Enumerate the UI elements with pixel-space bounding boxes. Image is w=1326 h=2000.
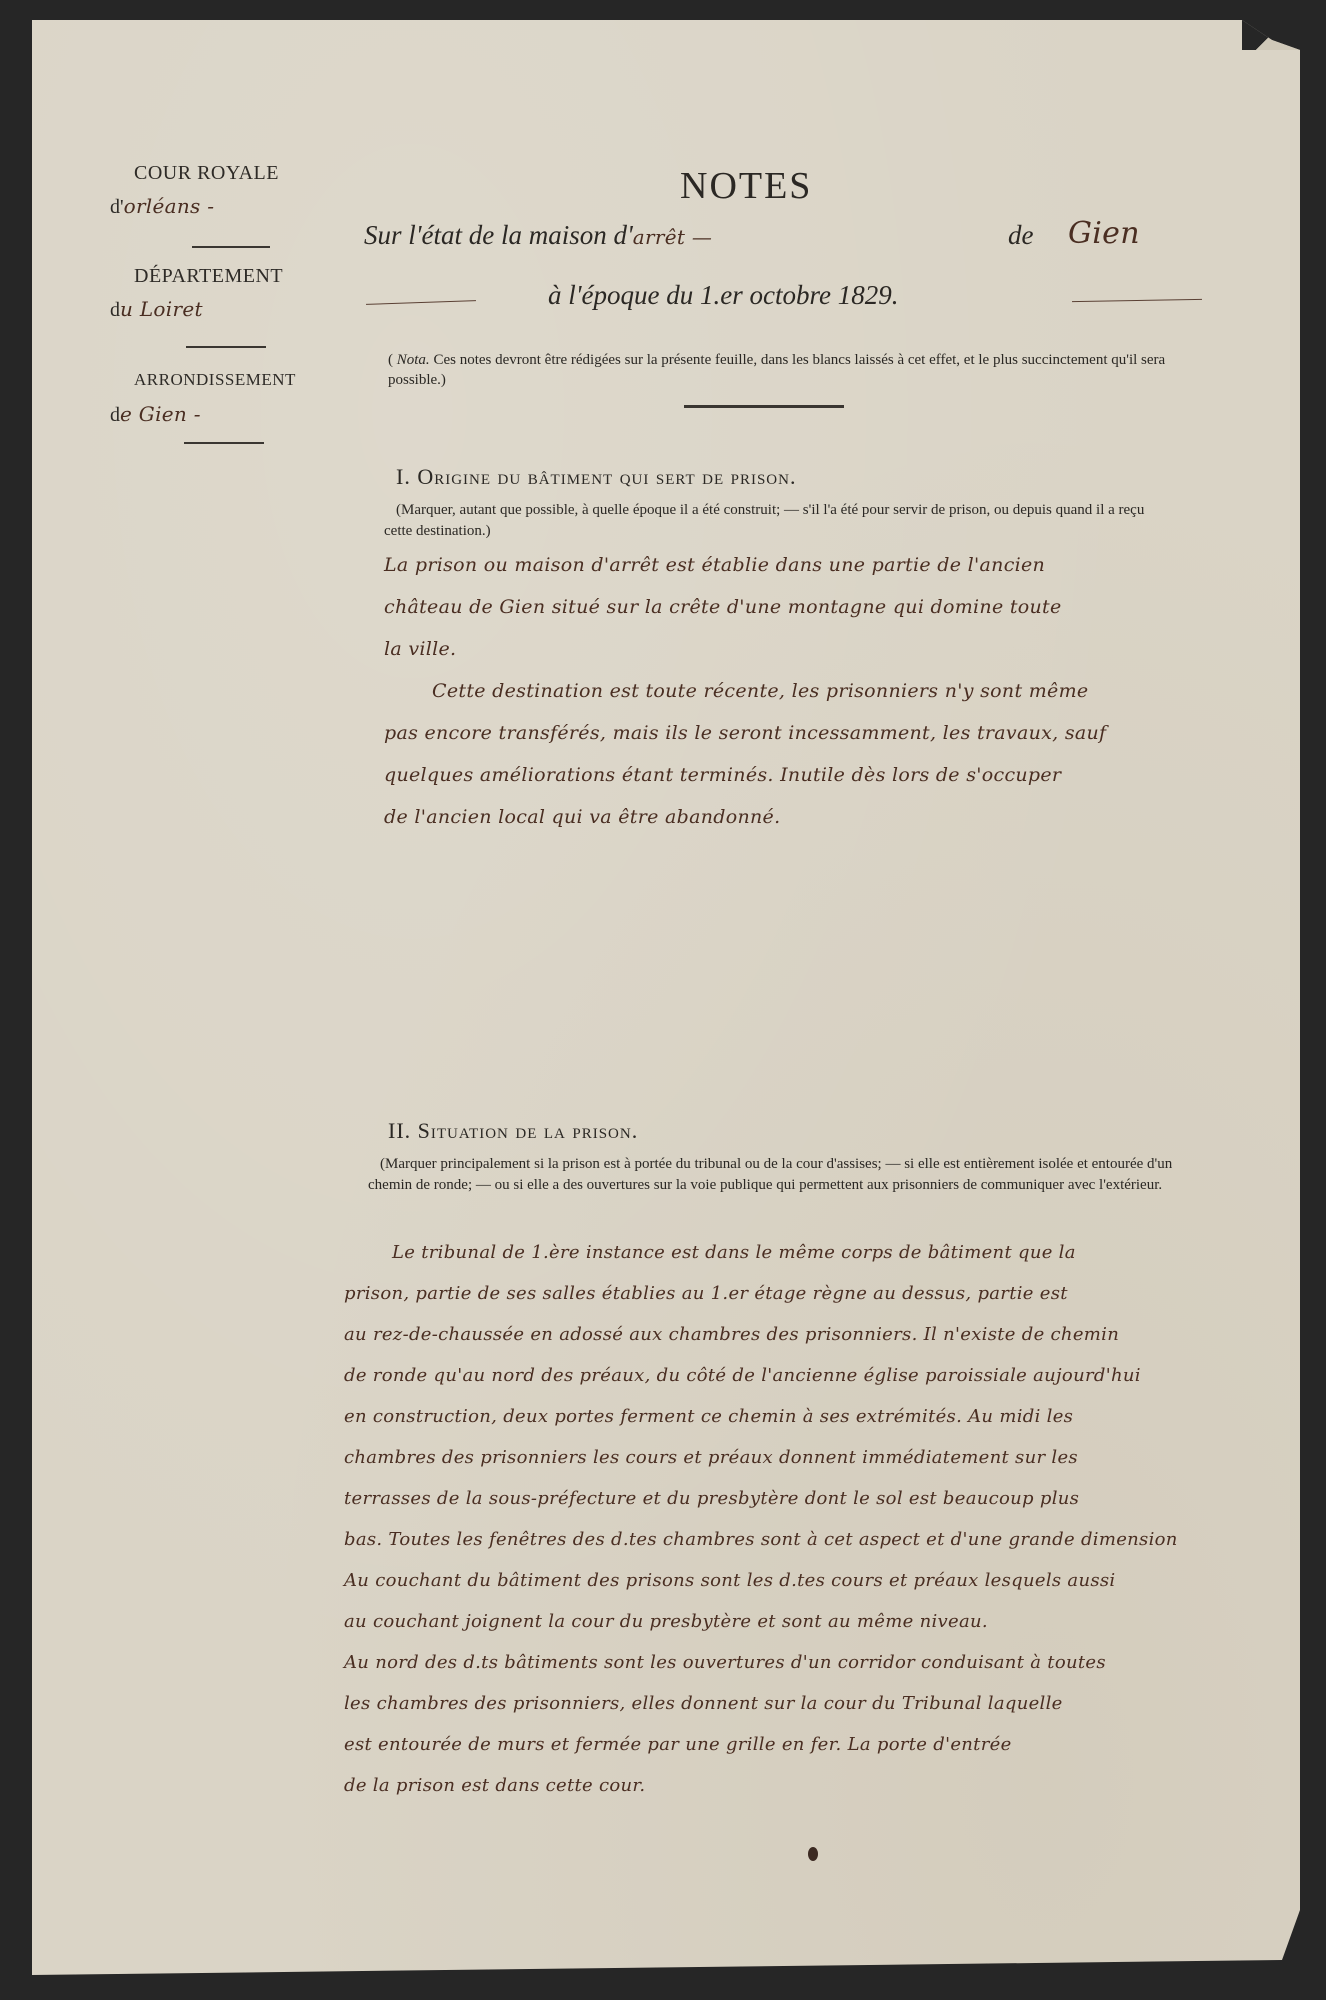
handwritten-line: terrasses de la sous-préfecture et du pr… (344, 1478, 1294, 1519)
handwritten-line: de l'ancien local qui va être abandonné. (384, 796, 1284, 838)
arrondissement-field: de Gien - (110, 402, 201, 427)
handwritten-line: chambres des prisonniers les cours et pr… (344, 1437, 1294, 1478)
handwritten-line: au rez-de-chaussée en adossé aux chambre… (344, 1314, 1294, 1355)
handwritten-line: pas encore transférés, mais ils le seron… (384, 712, 1284, 754)
departement-value: u Loiret (120, 297, 203, 321)
handwritten-line: Cette destination est toute récente, les… (384, 670, 1284, 712)
header-note: ( Nota. Ces notes devront être rédigées … (388, 350, 1208, 390)
cour-royale-label: COUR ROYALE (134, 162, 279, 185)
section-1-title: I. Origine du bâtiment qui sert de priso… (396, 464, 796, 490)
cour-royale-field: d'orléans - (110, 194, 214, 219)
subtitle-line-left-flourish (366, 300, 476, 305)
subtitle-place: Gien (1068, 216, 1140, 251)
document-page: COUR ROYALE d'orléans - DÉPARTEMENT du L… (32, 20, 1300, 1975)
handwritten-line: prison, partie de ses salles établies au… (344, 1273, 1294, 1314)
departement-prefix: d (110, 299, 120, 321)
handwritten-line: de ronde qu'au nord des préaux, du côté … (344, 1355, 1294, 1396)
departement-field: du Loiret (110, 297, 203, 322)
section-2-instructions: (Marquer principalement si la prison est… (368, 1154, 1178, 1196)
note-text: Ces notes devront être rédigées sur la p… (388, 352, 1165, 388)
margin-divider-3 (184, 442, 264, 444)
section-2-title: II. Situation de la prison. (388, 1118, 638, 1144)
margin-divider-2 (186, 346, 266, 348)
subtitle-line-1: Sur l'état de la maison d'arrêt — (364, 220, 712, 251)
handwritten-line: au couchant joignent la cour du presbytè… (344, 1601, 1294, 1642)
arrondissement-value: e Gien - (120, 402, 201, 426)
handwritten-line: quelques améliorations étant terminés. I… (384, 754, 1284, 796)
handwritten-line: de la prison est dans cette cour. (344, 1765, 1294, 1806)
handwritten-line: bas. Toutes les fenêtres des d.tes chamb… (344, 1519, 1294, 1560)
arrondissement-prefix: d (110, 404, 120, 426)
check-mark-icon: ✔ (1302, 275, 1319, 300)
document-title: NOTES (680, 164, 812, 208)
handwritten-line: les chambres des prisonniers, elles donn… (344, 1683, 1294, 1724)
handwritten-line: la ville. (384, 628, 1284, 670)
handwritten-line: Au nord des d.ts bâtiments sont les ouve… (344, 1642, 1294, 1683)
departement-label: DÉPARTEMENT (134, 265, 283, 288)
cour-royale-prefix: d' (110, 196, 124, 218)
handwritten-line: en construction, deux portes ferment ce … (344, 1396, 1294, 1437)
folded-corner (1242, 20, 1300, 50)
section-1-instructions: (Marquer, autant que possible, à quelle … (384, 500, 1174, 542)
ink-dot-icon (808, 1847, 818, 1861)
section-2-handwritten: Le tribunal de 1.ère instance est dans l… (344, 1232, 1294, 1806)
subtitle-line-1-print: Sur l'état de la maison d' (364, 220, 633, 250)
handwritten-line: château de Gien situé sur la crête d'une… (384, 586, 1284, 628)
arrondissement-label: ARRONDISSEMENT (134, 370, 296, 390)
note-label: Nota. (397, 352, 430, 368)
cour-royale-value: orléans - (124, 194, 215, 218)
subtitle-line-2: à l'époque du 1.er octobre 1829. (548, 280, 898, 311)
subtitle-line-1-hand: arrêt — (633, 225, 712, 249)
handwritten-line: est entourée de murs et fermée par une g… (344, 1724, 1294, 1765)
handwritten-line: La prison ou maison d'arrêt est établie … (384, 544, 1284, 586)
section-1-handwritten: La prison ou maison d'arrêt est établie … (384, 544, 1284, 838)
margin-divider-1 (192, 246, 270, 248)
header-divider (684, 405, 844, 408)
handwritten-line: Le tribunal de 1.ère instance est dans l… (344, 1232, 1294, 1273)
handwritten-line: Au couchant du bâtiment des prisons sont… (344, 1560, 1294, 1601)
subtitle-line-right-flourish (1072, 299, 1202, 302)
subtitle-de: de (1008, 220, 1033, 251)
